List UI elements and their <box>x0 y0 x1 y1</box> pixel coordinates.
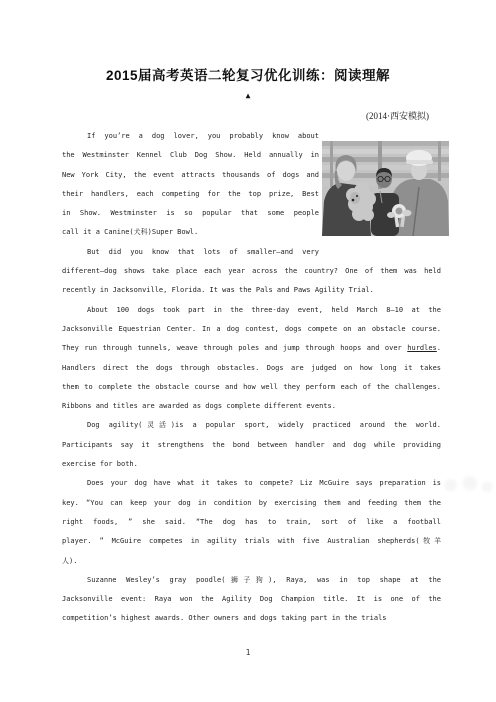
source-label: (2014·西安模拟) <box>0 109 429 122</box>
page-number: 1 <box>0 648 496 657</box>
text-line: Jacksonville event: Raya won the Agility… <box>62 590 441 609</box>
text-line: They run through tunnels, weave through … <box>62 339 441 358</box>
text-line: player. ” McGuire competes in agility tr… <box>62 532 441 551</box>
text-line: Participants say it strengthens the bond… <box>62 436 441 455</box>
text-line: competition’s highest awards. Other owne… <box>62 609 441 628</box>
document-page: 2015届高考英语二轮复习优化训练：阅读理解 ▲ (2014·西安模拟) If … <box>0 0 496 702</box>
faint-watermark <box>438 468 496 506</box>
text-line: key. “You can keep your dog in condition… <box>62 494 441 513</box>
text-line: right foods, ” she said. “The dog has to… <box>62 513 441 532</box>
page-title: 2015届高考英语二轮复习优化训练：阅读理解 <box>0 64 496 84</box>
text-line: Jacksonville Equestrian Center. In a dog… <box>62 320 441 339</box>
text-line: them to complete the obstacle course and… <box>62 378 441 397</box>
text-line: different—dog shows take place each year… <box>62 262 441 281</box>
dog-show-photo <box>322 141 449 236</box>
text-line: But did you know that lots of smaller—an… <box>62 243 319 262</box>
text-line: in Show. Westminster is so popular that … <box>62 204 319 223</box>
text-line: New York City, the event attracts thousa… <box>62 166 319 185</box>
text-line: Ribbons and titles are awarded as dogs c… <box>62 397 441 416</box>
section-marker: ▲ <box>0 91 496 100</box>
text-line: If you’re a dog lover, you probably know… <box>62 127 319 146</box>
text-line: 人). <box>62 552 441 571</box>
text-line: call it a Canine(犬科)Super Bowl. <box>62 223 319 242</box>
text-line: Dog agility(灵活)is a popular sport, widel… <box>62 416 441 435</box>
text-line: Handlers direct the dogs through obstacl… <box>62 359 441 378</box>
dog-show-photo-graphic <box>322 141 449 236</box>
text-line: the Westminster Kennel Club Dog Show. He… <box>62 146 319 165</box>
text-line: Suzanne Wesley’s gray poodle(狮子狗), Raya,… <box>62 571 441 590</box>
text-line: About 100 dogs took part in the three-da… <box>62 301 441 320</box>
text-line: exercise for both. <box>62 455 441 474</box>
underlined-word: hurdles <box>407 344 437 352</box>
text-line: Does your dog have what it takes to comp… <box>62 474 441 493</box>
text-line: recently in Jacksonville, Florida. It wa… <box>62 281 441 300</box>
text-line: their handlers, each competing for the t… <box>62 185 319 204</box>
